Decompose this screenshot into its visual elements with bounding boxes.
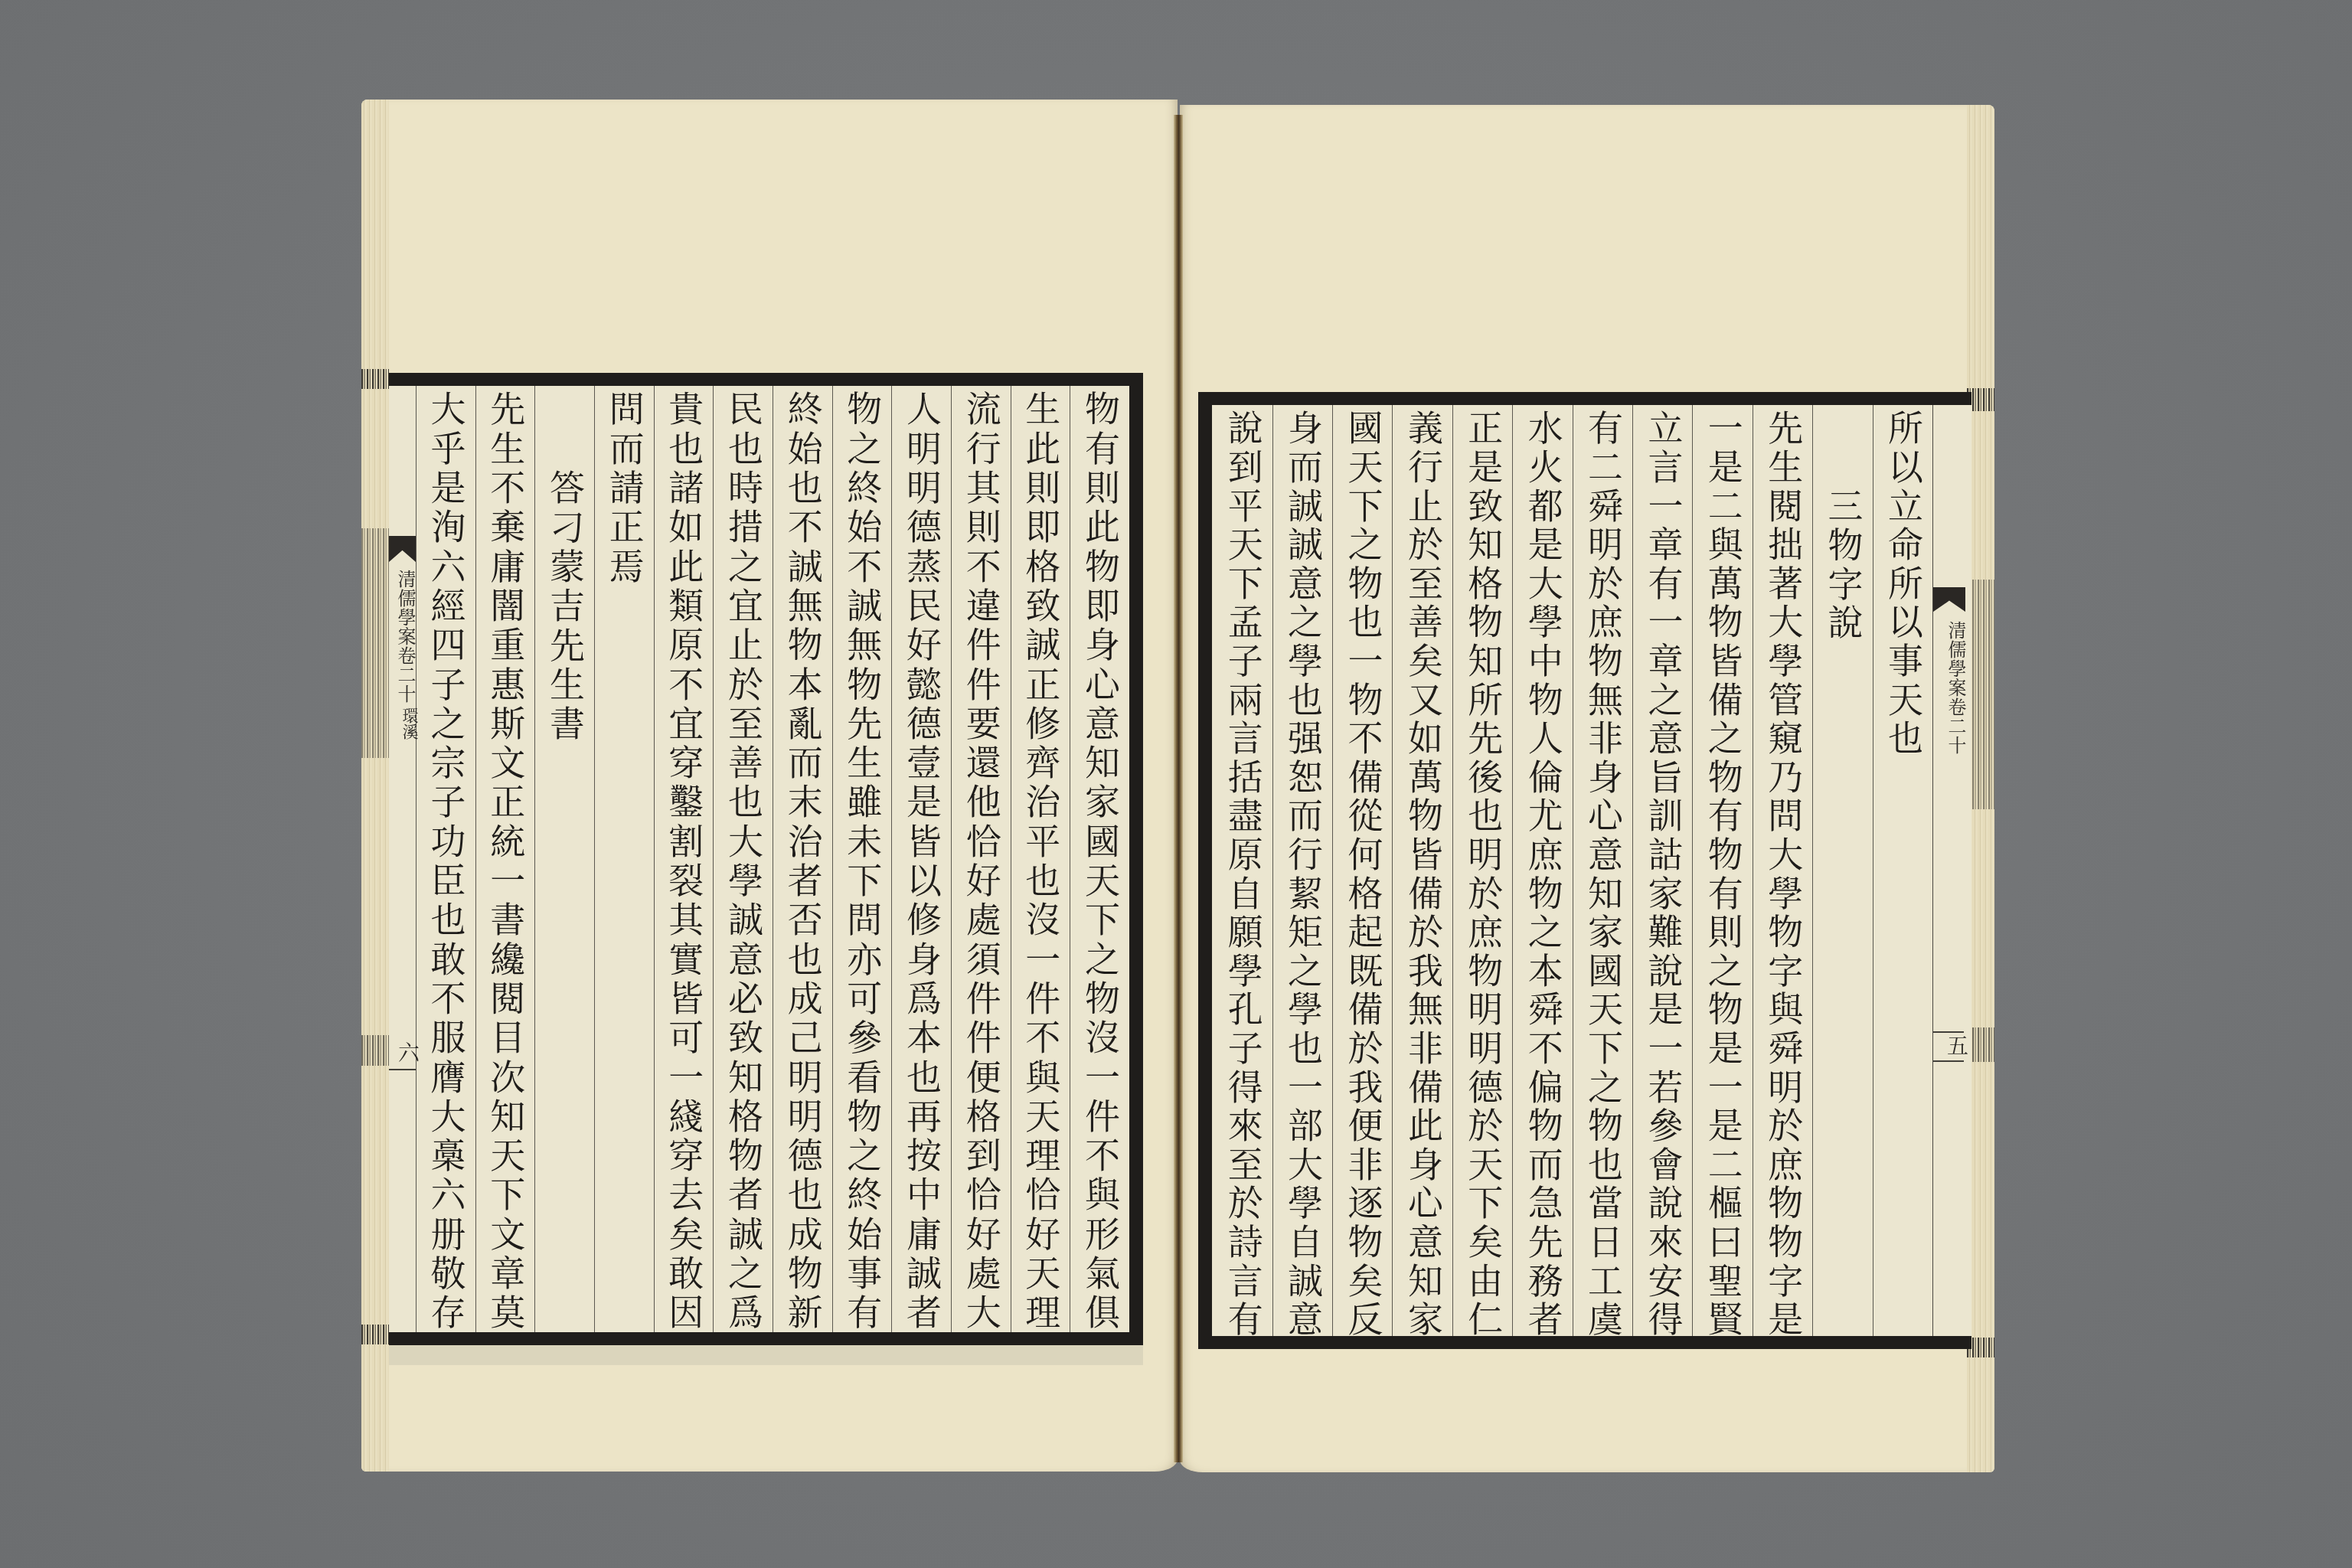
text-column: 先生不棄庸闇重惠斯文正統一書纔閱目次知天下文章莫	[475, 386, 535, 1332]
text-column: 立言一章有一章之意旨訓詁家難說是一若參會說來安得	[1632, 405, 1692, 1336]
text-column: 所以立命所以事天也	[1873, 405, 1932, 1336]
text-column: 義行止於至善矣又如萬物皆備於我無非備此身心意知家	[1392, 405, 1452, 1336]
banxin-left: 清儒學案卷二十 環溪 六	[389, 386, 416, 1332]
text-column: 有二舜明於庶物無非身心意知家國天下之物也當日工虞	[1573, 405, 1632, 1336]
text-column: 大乎是洵六經四子之宗子功臣也敢不服膺大槀六册敬存	[416, 386, 475, 1332]
text-column: 流行其則不違件件要還他恰好處須件件便格到恰好處大	[951, 386, 1011, 1332]
text-column: 物有則此物即身心意知家國天下之物沒一件不與形氣俱	[1070, 386, 1129, 1332]
page-number-rule	[1933, 1060, 1964, 1062]
text-column: 問而請正焉	[594, 386, 654, 1332]
page-number-rule	[389, 1069, 416, 1070]
text-column: 人明明德蒸民好懿德壹是皆以修身爲本也再按中庸誠者	[891, 386, 951, 1332]
text-column: 貴也諸如此類原不宜穿鑿割裂其實皆可一綫穿去矣敢因	[654, 386, 714, 1332]
section-heading-column: 三物字說	[1812, 405, 1872, 1336]
text-frame-right: 所以立命所以事天也 三物字說 先生閱拙著大學管窺乃問大學物字與舜明於庶物物字是 …	[1198, 392, 1971, 1349]
banxin-title: 清儒學案卷二十	[392, 570, 419, 704]
page-stack-edge-left	[361, 100, 389, 1472]
page-number-rule	[1933, 1031, 1964, 1033]
section-heading-column: 答刁蒙吉先生書	[534, 386, 594, 1332]
fish-tail-mark	[1933, 587, 1965, 612]
text-column: 國天下之物也一物不備從何格起既備於我便非逐物矣反	[1332, 405, 1392, 1336]
text-column: 先生閱拙著大學管窺乃問大學物字與舜明於庶物物字是	[1753, 405, 1812, 1336]
text-column: 終始也不誠無物本亂而末治者否也成己明明德也成物新	[773, 386, 832, 1332]
stack-print-mark	[361, 528, 389, 758]
text-column: 說到平天下孟子兩言括盡原自願學孔子得來至於詩言有	[1212, 405, 1272, 1336]
stack-print-mark	[361, 1325, 389, 1344]
text-frame-left: 清儒學案卷二十 環溪 六 物有則此物即身心意知家國天下之物沒一件不與形氣俱 生此…	[389, 373, 1143, 1345]
print-shadow-band	[389, 1345, 1143, 1365]
banxin-right: 清儒學案卷二十 五	[1932, 405, 1971, 1336]
stack-print-mark	[361, 369, 389, 389]
stack-print-mark	[361, 1035, 389, 1066]
text-column: 物之終始不誠無物先生雖未下問亦可參看物之終始事有	[832, 386, 892, 1332]
text-column: 一是二與萬物皆備之物有物有則之物是一是二樞曰聖賢	[1692, 405, 1752, 1336]
text-column: 身而誠誠意之學也强恕而行絜矩之學也一部大學自誠意	[1272, 405, 1332, 1336]
text-columns-left: 物有則此物即身心意知家國天下之物沒一件不與形氣俱 生此則即格致誠正修齊治平也沒一…	[416, 386, 1129, 1332]
text-columns-right: 所以立命所以事天也 三物字說 先生閱拙著大學管窺乃問大學物字與舜明於庶物物字是 …	[1212, 405, 1932, 1336]
text-column: 生此則即格致誠正修齊治平也沒一件不與天理恰好天理	[1011, 386, 1070, 1332]
spine-gutter	[1174, 115, 1183, 1462]
text-column: 水火都是大學中物人倫尤庶物之本舜不偏物而急先務者	[1512, 405, 1572, 1336]
page-number: 五	[1941, 1034, 1971, 1056]
text-column: 正是致知格物知所先後也明於庶物明明德於天下矣由仁	[1452, 405, 1512, 1336]
text-column: 民也時措之宜止於至善也大學誠意必致知格物者誠之爲	[713, 386, 773, 1332]
fish-tail-mark	[389, 536, 416, 562]
banxin-title: 清儒學案卷二十	[1942, 621, 1969, 755]
